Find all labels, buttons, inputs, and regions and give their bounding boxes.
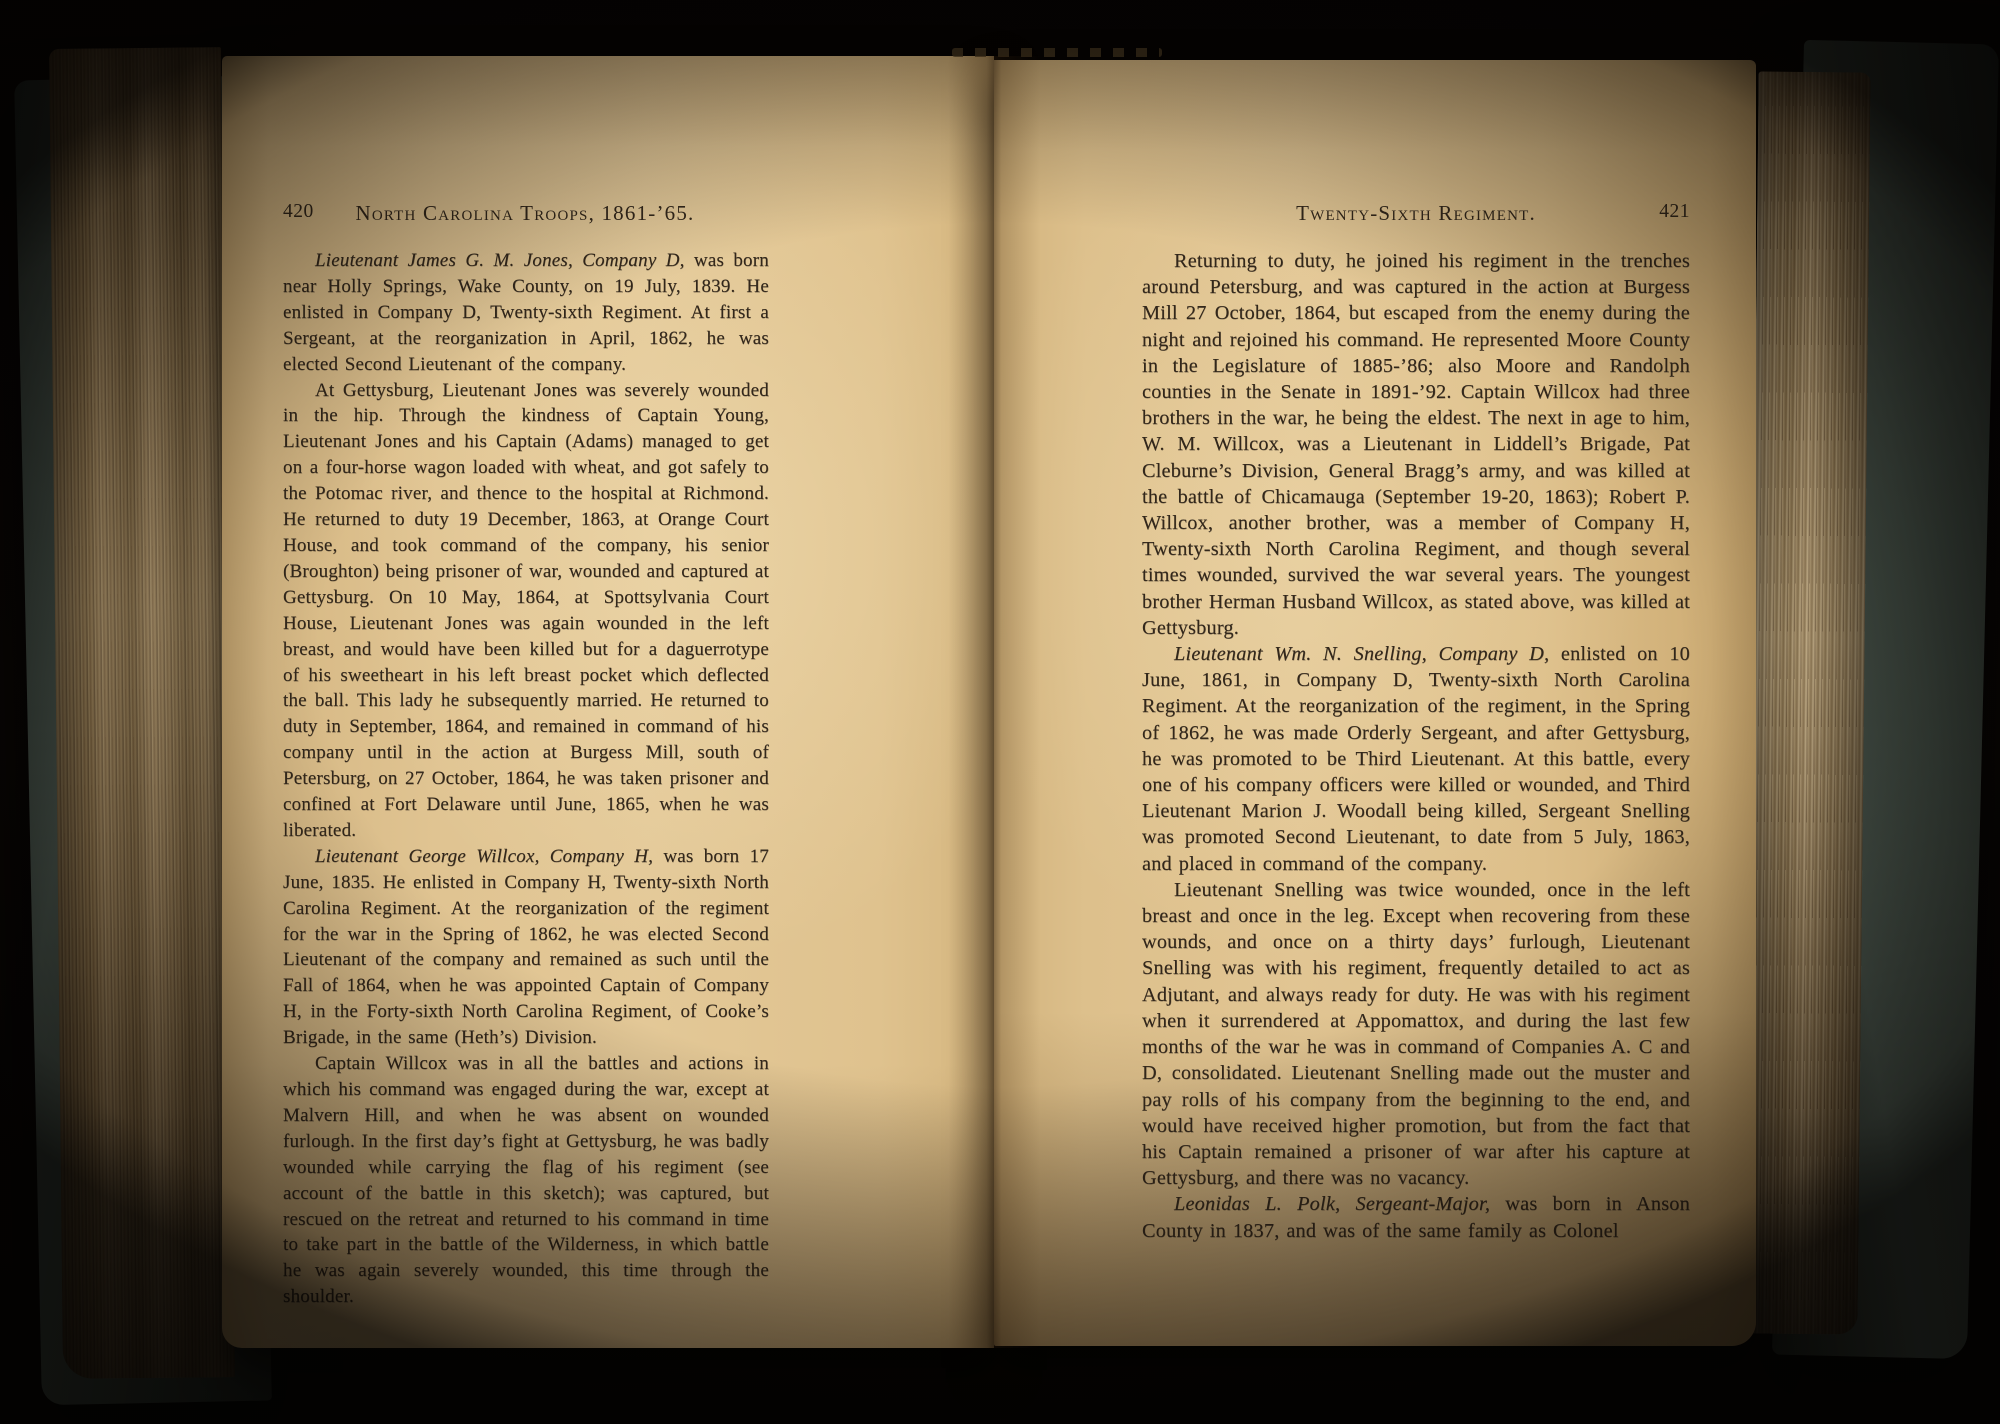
right-page-header: Twenty-Sixth Regiment. 421 xyxy=(1142,201,1690,231)
paragraph: At Gettysburg, Lieutenant Jones was seve… xyxy=(283,378,769,844)
paragraph: Lieutenant James G. M. Jones, Company D,… xyxy=(283,248,769,378)
paragraph-italic-lead: Lieutenant Wm. N. Snelling, Company D, xyxy=(1174,643,1549,665)
left-page-header: 420 North Carolina Troops, 1861-’65. xyxy=(283,201,767,231)
paragraph-italic-lead: Lieutenant James G. M. Jones, Company D, xyxy=(315,250,685,271)
left-page-body: Lieutenant James G. M. Jones, Company D,… xyxy=(283,248,769,1310)
paragraph: Returning to duty, he joined his regimen… xyxy=(1142,248,1690,641)
right-page-number: 421 xyxy=(1659,201,1690,223)
right-running-title: Twenty-Sixth Regiment. xyxy=(1142,201,1690,226)
open-book-scan: 420 North Carolina Troops, 1861-’65. Twe… xyxy=(0,0,2000,1424)
page-edges-right-stack xyxy=(1745,71,1870,1334)
paragraph: Lieutenant Wm. N. Snelling, Company D, e… xyxy=(1142,641,1690,877)
page-edges-left-stack xyxy=(49,47,235,1379)
paragraph-italic-lead: Lieutenant George Willcox, Company H, xyxy=(315,846,653,867)
right-page-body: Returning to duty, he joined his regimen… xyxy=(1142,248,1690,1244)
left-running-title: North Carolina Troops, 1861-’65. xyxy=(283,201,767,226)
paragraph: Lieutenant Snelling was twice wounded, o… xyxy=(1142,877,1690,1191)
binding-stitches xyxy=(952,48,1162,57)
paragraph: Lieutenant George Willcox, Company H, wa… xyxy=(283,844,769,1051)
paragraph: Leonidas L. Polk, Sergeant-Major, was bo… xyxy=(1142,1191,1690,1243)
paragraph: Captain Willcox was in all the battles a… xyxy=(283,1051,769,1310)
paragraph-italic-lead: Leonidas L. Polk, Sergeant-Major, xyxy=(1174,1193,1490,1215)
